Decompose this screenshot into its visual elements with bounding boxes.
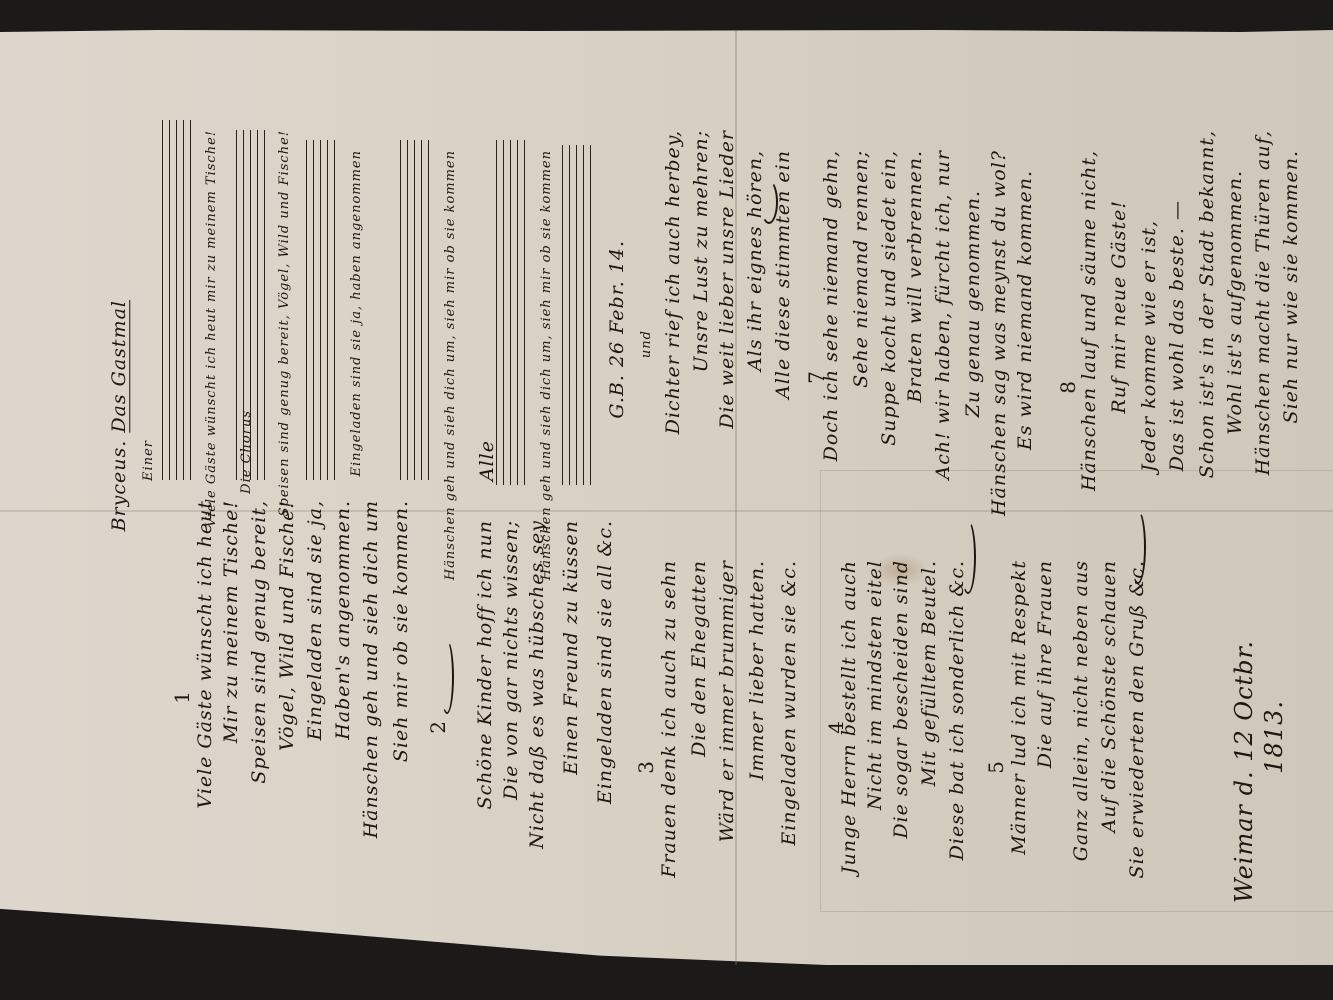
stanza-1-line: Vögel, Wild und Fische! — [278, 500, 297, 751]
stanza-6-line: Die weit lieber unsre Lieder — [718, 130, 737, 429]
stanza-5-line: Die auf ihre Frauen — [1036, 560, 1055, 768]
stanza-4-line: Junge Herrn bestellt ich auch — [840, 560, 859, 874]
stanza-2-line: Die von gar nichts wissen; — [502, 520, 521, 800]
music-lyric-2: Speisen sind genug bereit, Vögel, Wild u… — [278, 130, 291, 516]
stanza-8-line: Schon ist's in der Stadt bekannt, — [1198, 130, 1217, 478]
voice-label: Einer — [142, 440, 155, 481]
stanza-8-line: Hänschen lauf und säume nicht, — [1080, 150, 1099, 491]
music-staff-2 — [236, 130, 270, 480]
song-title: Das Gastmal — [108, 300, 130, 433]
stanza-6-line: Alle diese stimmten ein — [774, 150, 793, 399]
stanza-1-line: Hänschen geh und sieh dich um — [362, 500, 381, 838]
music-lyric-5: Hänschen geh und sieh dich um, sieh mir … — [540, 150, 553, 580]
stanza-6-line: Unsre Lust zu mehren; — [692, 130, 711, 372]
stanza-number: 1 — [172, 690, 192, 704]
stanza-2-line: Einen Freund zu küssen — [562, 520, 581, 775]
stanza-7-line: Ach! wir haben, fürcht ich, nur — [934, 150, 953, 480]
stanza-2-line: Nicht daß es was hübsches sey — [528, 520, 547, 849]
closing-year: 1813. — [1262, 700, 1286, 774]
stanza-7-line: Es wird niemand kommen. — [1016, 170, 1035, 450]
stanza-8-line: Ruf mir neue Gäste! — [1110, 200, 1129, 414]
stanza-2-line: Schöne Kinder hoff ich nun — [476, 520, 495, 809]
stanza-6-line: Als ihr eignes hören, — [746, 150, 765, 371]
closing-place-date: Weimar d. 12 Octbr. — [1232, 640, 1256, 903]
music-lyric-1: Viele Gäste wünscht ich heut mir zu mein… — [205, 130, 218, 527]
stanza-3-line: Die den Ehegatten — [690, 560, 709, 757]
stanza-7-line: Suppe kocht und siedet ein, — [880, 150, 899, 446]
stanza-1-line: Mir zu meinem Tische! — [222, 500, 241, 743]
stanza-4-line: Diese bat ich sonderlich &c. — [948, 560, 967, 860]
stanza-3-line: Eingeladen wurden sie &c. — [780, 560, 799, 846]
stanza-4-line: Nicht im mindsten eitel — [866, 560, 885, 810]
stanza-8-line: Hänschen macht die Thüren auf, — [1254, 130, 1273, 475]
music-staff-6 — [562, 145, 596, 485]
music-lyric-4: Hänschen geh und sieh dich um, sieh mir … — [444, 150, 457, 580]
stanza-5-line: Sie erwiederten den Gruß &c. — [1128, 560, 1147, 878]
stanza-number: 3 — [636, 760, 656, 774]
music-staff-5 — [496, 140, 530, 485]
stanza-number: 8 — [1058, 380, 1078, 394]
stanza-1-line: Sieh mir ob sie kommen. — [392, 500, 411, 762]
stanza-8-line: Sieh nur wie sie kommen. — [1282, 150, 1301, 423]
end-flourish — [440, 640, 454, 714]
stanza-1-line: Speisen sind genug bereit, — [250, 500, 269, 784]
stanza-7-line: Braten will verbrennen. — [906, 150, 925, 403]
composer-signature: G.B. 26 Febr. 14. — [608, 240, 627, 419]
music-staff-3 — [306, 140, 340, 480]
music-staff-4 — [400, 140, 434, 480]
end-flourish — [960, 520, 976, 594]
stanza-7-line: Zu genau genommen. — [964, 190, 983, 417]
stanza-4-line: Mit gefülltem Beutel. — [920, 560, 939, 786]
stanza-number: 5 — [986, 760, 1006, 774]
music-lyric-3: Eingeladen sind sie ja, haben angenommen — [350, 150, 363, 477]
stanza-3-line: Wärd er immer brummiger — [718, 560, 737, 842]
stanza-1-line: Haben's angenommen. — [334, 500, 353, 740]
stanza-2-line: Eingeladen sind sie all &c. — [596, 520, 615, 804]
stanza-8-line: Jeder komme wie er ist, — [1140, 220, 1159, 472]
stanza-8-line: Wohl ist's aufgenommen. — [1226, 170, 1245, 435]
stanza-4-line: Die sogar bescheiden sind — [892, 560, 911, 839]
stanza-1-line: Viele Gäste wünscht ich heut — [196, 500, 215, 809]
stanza-3-line: Immer lieber hatten. — [748, 560, 767, 780]
music-title: Bryceus. Das Gastmal — [110, 300, 129, 531]
stanza-7-line: Hänschen sag was meynst du wol? — [990, 150, 1009, 516]
stanza-6-line: Dichter rief ich auch herbey, — [664, 130, 683, 434]
stanza-1-line: Eingeladen sind sie ja, — [306, 500, 325, 740]
alle-label: Alle — [478, 440, 497, 481]
stanza-7-line: Sehe niemand rennen; — [852, 150, 871, 388]
stanza-prefix: und — [640, 330, 653, 358]
stanza-5-line: Männer lud ich mit Respekt — [1010, 560, 1029, 855]
stanza-5-line: Ganz allein, nicht neben aus — [1072, 560, 1091, 861]
stanza-8-line: Das ist wohl das beste. — — [1168, 200, 1187, 471]
stanza-7-line: Doch ich sehe niemand gehn, — [822, 150, 841, 461]
end-flourish — [760, 180, 778, 224]
stanza-number: 2 — [428, 720, 448, 734]
stanza-3-line: Frauen denk ich auch zu sehn — [660, 560, 679, 878]
stanza-5-line: Auf die Schönste schauen — [1100, 560, 1119, 832]
end-flourish — [1130, 510, 1146, 584]
music-staff-1 — [162, 120, 196, 480]
